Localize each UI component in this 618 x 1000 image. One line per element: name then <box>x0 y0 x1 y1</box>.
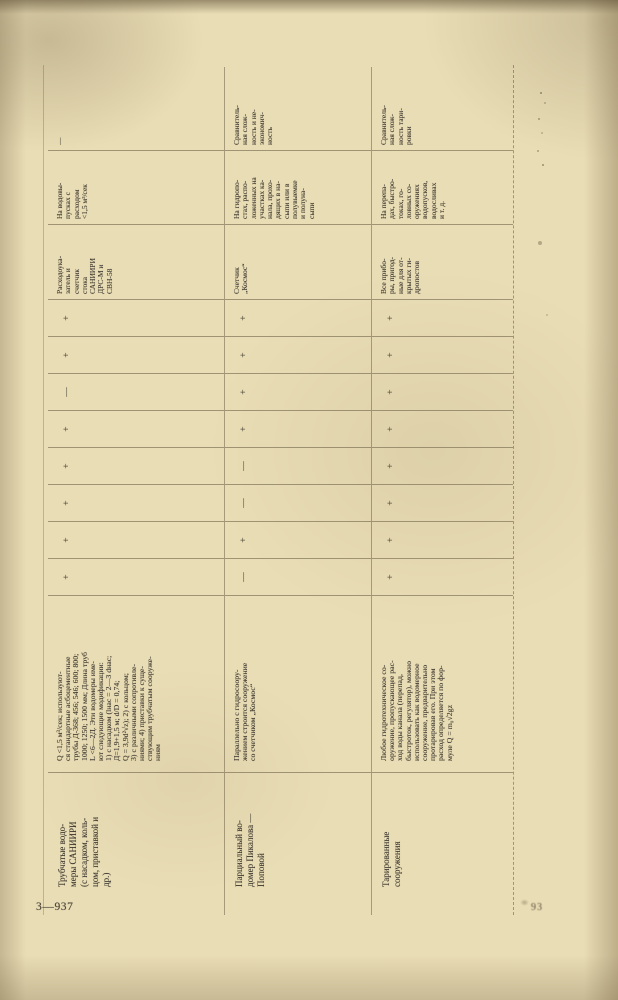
row-header-cell: Тарированные сооружения <box>372 772 513 915</box>
landscape-table-wrapper: Трубчатые водо- меры САНИИРИ (с насадком… <box>43 60 560 915</box>
mark-cell: + <box>48 299 225 336</box>
drawbacks-cell: — <box>48 67 225 150</box>
application-cell: На перепа- дах, быстро- токах, го- ловны… <box>372 150 513 224</box>
row-header-cell: Парциальный во- домер Пикалова — Поповой <box>225 772 372 915</box>
row-header-cell: Трубчатые водо- меры САНИИРИ (с насадком… <box>48 772 225 915</box>
mark-cell: + <box>48 336 225 373</box>
printers-signature-mark: 3—937 <box>36 901 74 913</box>
mark-cell: + <box>225 521 372 558</box>
devices-cell: Расходоука- затель и счетчик стока САНИИ… <box>48 224 225 299</box>
mark-cell: + <box>225 299 372 336</box>
mark-cell: + <box>372 521 513 558</box>
description-cell: Любое гидротехническое со- оружение, про… <box>372 595 513 772</box>
water-meter-comparison-table: Трубчатые водо- меры САНИИРИ (с насадком… <box>43 65 514 915</box>
mark-cell: + <box>372 299 513 336</box>
mark-cell: + <box>372 447 513 484</box>
mark-cell: + <box>372 558 513 595</box>
mark-cell: + <box>48 410 225 447</box>
ink-smudge <box>520 899 529 906</box>
mark-cell: — <box>48 373 225 410</box>
devices-cell: Все прибо- ры, пригод- ные для от- крыты… <box>372 224 513 299</box>
description-cell: Q <1,5 м³/сек; используют- ся стандартны… <box>48 595 225 772</box>
mark-cell: — <box>225 484 372 521</box>
mark-cell: — <box>225 447 372 484</box>
mark-cell: + <box>372 484 513 521</box>
mark-cell: — <box>225 558 372 595</box>
application-cell: На гидропо- стах, распо- ложенных на уча… <box>225 150 372 224</box>
drawbacks-cell: Сравнитель- ная слож- ность тари- ровки <box>372 67 513 150</box>
page-number: 93 <box>531 902 543 913</box>
rotated-table-region: Трубчатые водо- меры САНИИРИ (с насадком… <box>43 60 560 915</box>
mark-cell: + <box>48 447 225 484</box>
scan-noise-specks <box>540 92 542 94</box>
mark-cell: + <box>48 558 225 595</box>
mark-cell: + <box>372 336 513 373</box>
mark-cell: + <box>225 410 372 447</box>
mark-cell: + <box>48 521 225 558</box>
mark-cell: + <box>225 336 372 373</box>
mark-cell: + <box>48 484 225 521</box>
mark-cell: + <box>225 373 372 410</box>
mark-cell: + <box>372 410 513 447</box>
drawbacks-cell: Сравнитель- ная слож- ность и не- эконом… <box>225 67 372 150</box>
description-cell: Параллельно с гидросоору- жением строитс… <box>225 595 372 772</box>
mark-cell: + <box>372 373 513 410</box>
scanned-book-page: Трубчатые водо- меры САНИИРИ (с насадком… <box>0 0 618 1000</box>
application-cell: На водовы- пусках с расходом <1,5 м³/сек <box>48 150 225 224</box>
devices-cell: Счетчик „Космос“ <box>225 224 372 299</box>
